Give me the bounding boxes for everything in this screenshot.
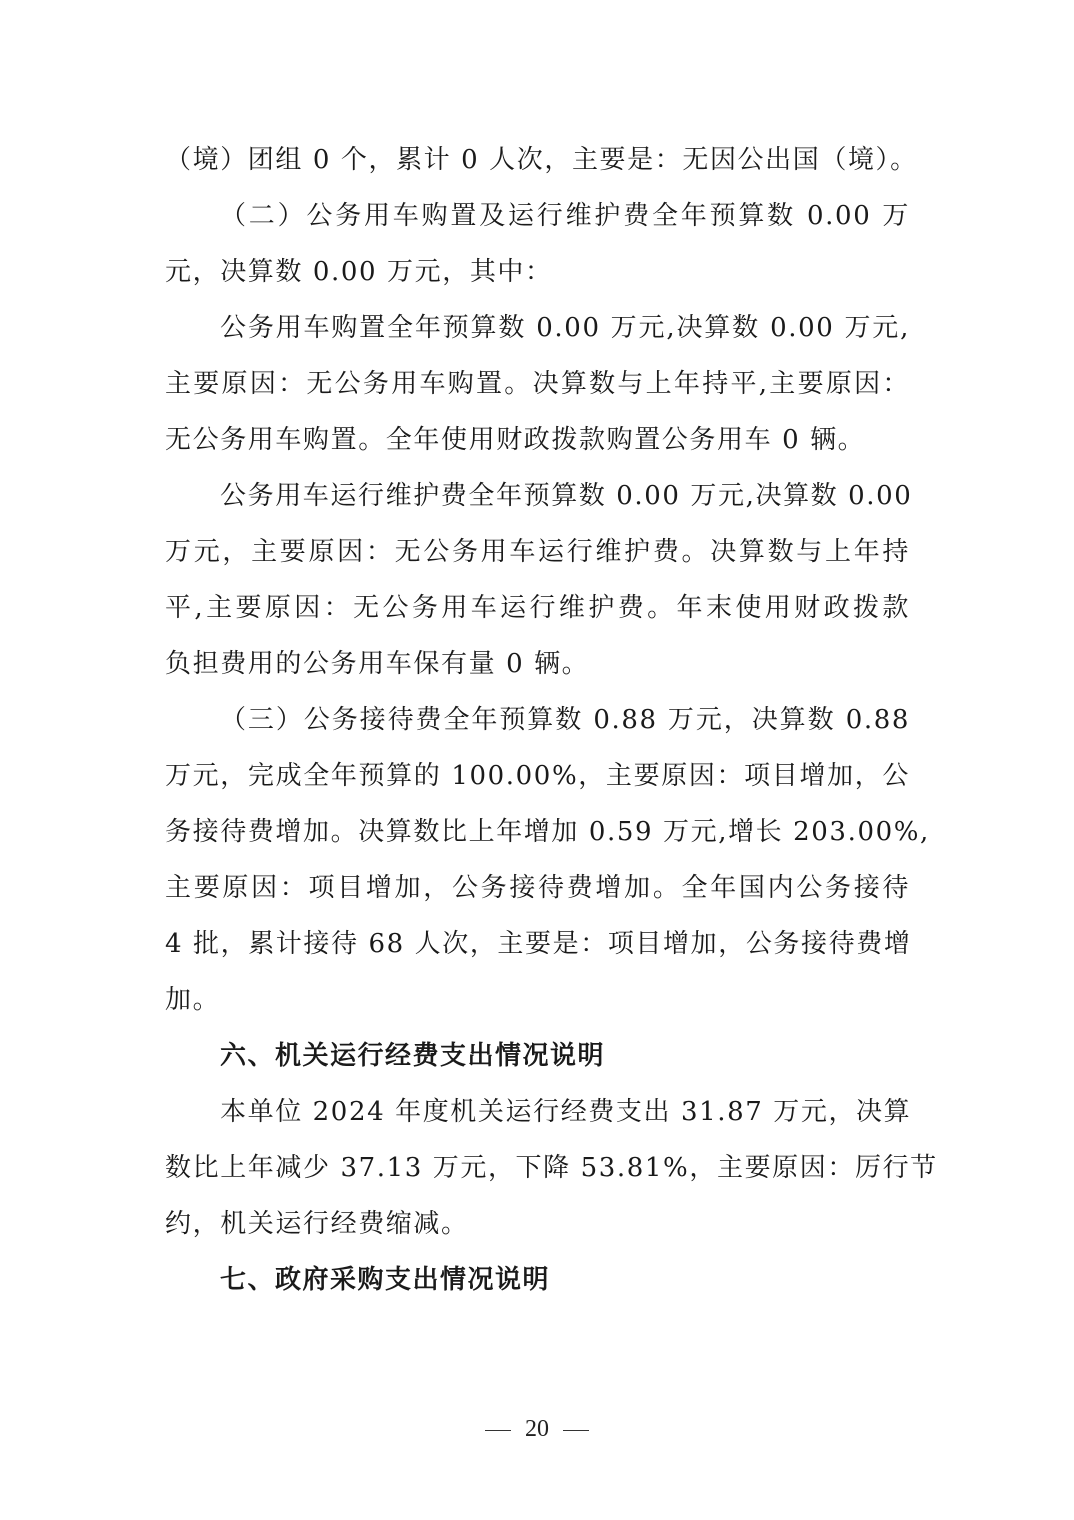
paragraph-line: 无公务用车购置。全年使用财政拨款购置公务用车 0 辆。 <box>165 425 910 455</box>
paragraph-line: 公务用车运行维护费全年预算数 0.00 万元,决算数 0.00 <box>220 481 910 511</box>
paragraph-line: 万元，完成全年预算的 100.00%，主要原因：项目增加，公 <box>165 761 910 791</box>
paragraph-line: 数比上年减少 37.13 万元，下降 53.81%，主要原因：厉行节 <box>165 1153 910 1183</box>
paragraph-line: （境）团组 0 个，累计 0 人次，主要是：无因公出国（境）。 <box>165 145 910 175</box>
paragraph-line: 负担费用的公务用车保有量 0 辆。 <box>165 649 910 679</box>
paragraph-line: 主要原因：无公务用车购置。决算数与上年持平,主要原因： <box>165 369 910 399</box>
section-heading-7: 七、政府采购支出情况说明 <box>220 1265 550 1295</box>
paragraph-line: （三）公务接待费全年预算数 0.88 万元，决算数 0.88 <box>220 705 910 735</box>
paragraph-line: 4 批，累计接待 68 人次，主要是：项目增加，公务接待费增 <box>165 929 910 959</box>
paragraph-line: 务接待费增加。决算数比上年增加 0.59 万元,增长 203.00%, <box>165 817 910 847</box>
paragraph-line: 约，机关运行经费缩减。 <box>165 1209 910 1239</box>
dash-decoration-left <box>485 1430 511 1431</box>
paragraph-line: 加。 <box>165 985 910 1015</box>
paragraph-line: 万元，主要原因：无公务用车运行维护费。决算数与上年持 <box>165 537 910 567</box>
paragraph-line: （二）公务用车购置及运行维护费全年预算数 0.00 万 <box>220 201 910 231</box>
section-heading-6: 六、机关运行经费支出情况说明 <box>220 1041 605 1071</box>
paragraph-line: 本单位 2024 年度机关运行经费支出 31.87 万元，决算 <box>220 1097 910 1127</box>
paragraph-line: 公务用车购置全年预算数 0.00 万元,决算数 0.00 万元, <box>220 313 910 343</box>
page-number: 20 <box>525 1416 549 1442</box>
paragraph-line: 平,主要原因：无公务用车运行维护费。年末使用财政拨款 <box>165 593 910 623</box>
dash-decoration-right <box>563 1430 589 1431</box>
paragraph-line: 元，决算数 0.00 万元，其中： <box>165 257 910 287</box>
paragraph-line: 主要原因：项目增加，公务接待费增加。全年国内公务接待 <box>165 873 910 903</box>
document-page: （境）团组 0 个，累计 0 人次，主要是：无因公出国（境）。 （二）公务用车购… <box>0 0 1074 1520</box>
page-footer: 20 <box>0 1414 1074 1444</box>
